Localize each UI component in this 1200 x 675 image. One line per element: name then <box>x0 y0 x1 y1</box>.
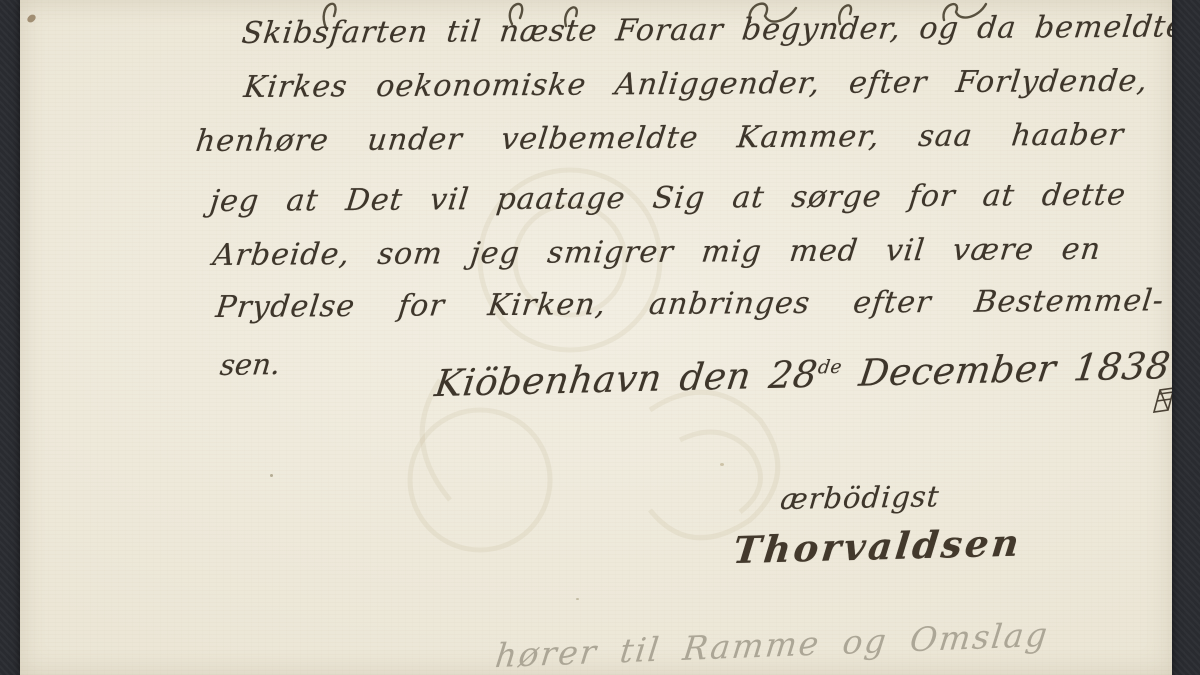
closing-word: ærbödigst <box>779 479 941 516</box>
paper-speck <box>270 474 273 477</box>
dateline: Kiöbenhavn den 28de December 1838. <box>432 344 1172 405</box>
handwriting-line: Arbeide, som jeg smigrer mig med vil vær… <box>211 232 1103 273</box>
letter-page: Skibsfarten til næste Foraar begynder, o… <box>20 0 1172 675</box>
handwriting-line: Kirkes oekonomiske Anliggender, efter Fo… <box>242 64 1150 105</box>
handwriting-line: Prydelse for Kirken, anbringes efter Bes… <box>214 283 1166 325</box>
handwriting-line: jeg at Det vil paatage Sig at sørge for … <box>208 178 1128 219</box>
dateline-month-year: December 1838. <box>838 344 1172 395</box>
paper-speck <box>576 598 579 600</box>
handwriting-line: Skibsfarten til næste Foraar begynder, o… <box>240 10 1168 51</box>
paper-speck <box>720 463 724 466</box>
dateline-place-day: Kiöbenhavn den 28 <box>432 353 820 405</box>
dateline-ordinal: de <box>817 357 844 379</box>
handwriting-line-end: sen. <box>218 347 282 382</box>
pencil-annotation: hører til Ramme og Omslag <box>493 615 1051 675</box>
handwriting-line: henhøre under velbemeldte Kammer, saa ha… <box>194 118 1126 160</box>
paper-speck <box>26 13 37 24</box>
signature: Thorvaldsen <box>731 520 1024 572</box>
margin-mark <box>1146 382 1172 416</box>
